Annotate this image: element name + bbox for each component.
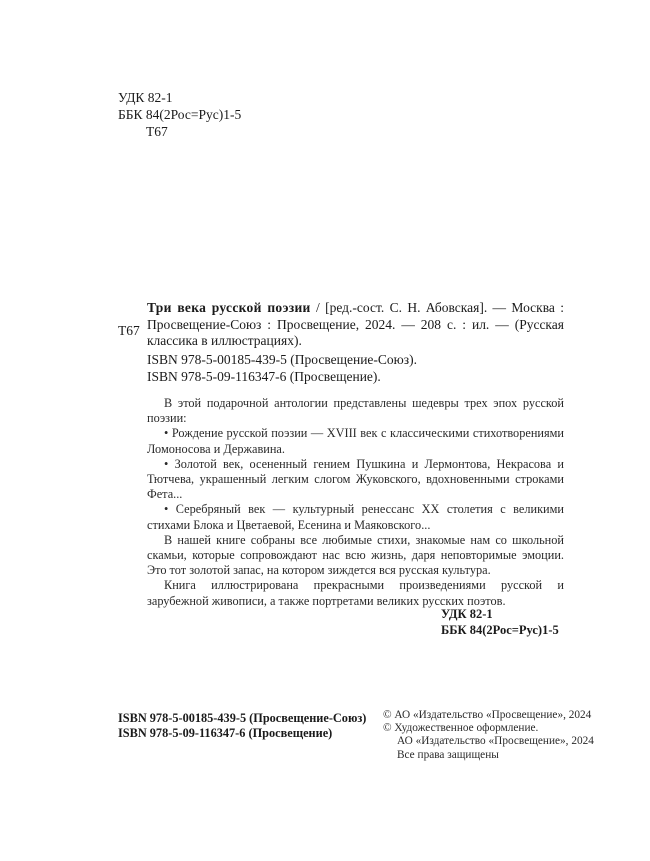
book-title: Три века русской поэзии <box>147 300 311 315</box>
author-mark: Т67 <box>118 123 241 140</box>
annotation-paragraph: Книга иллюстрирована прекрасными произве… <box>147 578 564 608</box>
annotation-paragraph: • Рождение русской поэзии — XVIII век с … <box>147 426 564 456</box>
annotation-paragraph: В нашей книге собраны все любимые стихи,… <box>147 533 564 579</box>
annotation-paragraph: • Золотой век, осененный гением Пушкина … <box>147 457 564 503</box>
copyright-line: © АО «Издательство «Просвещение», 2024 <box>383 709 594 722</box>
udk-code: УДК 82-1 <box>118 89 241 106</box>
isbn-line: ISBN 978-5-09-116347-6 (Просвещение). <box>147 369 564 386</box>
annotation-paragraph: • Серебряный век — культурный ренессанс … <box>147 502 564 532</box>
bbk-code: ББК 84(2Рос=Рус)1-5 <box>441 622 559 638</box>
isbn-line: ISBN 978-5-09-116347-6 (Просвещение) <box>118 726 366 741</box>
isbn-line: ISBN 978-5-00185-439-5 (Просвещение-Союз… <box>118 711 366 726</box>
bbk-code: ББК 84(2Рос=Рус)1-5 <box>118 106 241 123</box>
copyright-block: © АО «Издательство «Просвещение», 2024 ©… <box>383 709 594 762</box>
bibliographic-record: Три века русской поэзии / [ред.-сост. С.… <box>147 300 564 350</box>
isbn-block: ISBN 978-5-00185-439-5 (Просвещение-Союз… <box>118 711 366 741</box>
isbn-line: ISBN 978-5-00185-439-5 (Просвещение-Союз… <box>147 352 564 369</box>
record-author-mark: Т67 <box>118 323 140 339</box>
udk-code: УДК 82-1 <box>441 606 559 622</box>
copyright-line: © Художественное оформление. <box>383 722 594 735</box>
classification-codes-top: УДК 82-1 ББК 84(2Рос=Рус)1-5 Т67 <box>118 89 241 140</box>
record-isbn-list: ISBN 978-5-00185-439-5 (Просвещение-Союз… <box>147 352 564 385</box>
annotation: В этой подарочной антологии представлены… <box>147 396 564 609</box>
classification-codes-bottom: УДК 82-1 ББК 84(2Рос=Рус)1-5 <box>441 606 559 638</box>
annotation-paragraph: В этой подарочной антологии представлены… <box>147 396 564 426</box>
copyright-line: АО «Издательство «Просвещение», 2024 <box>383 735 594 748</box>
rights-reserved: Все права защищены <box>383 749 594 762</box>
